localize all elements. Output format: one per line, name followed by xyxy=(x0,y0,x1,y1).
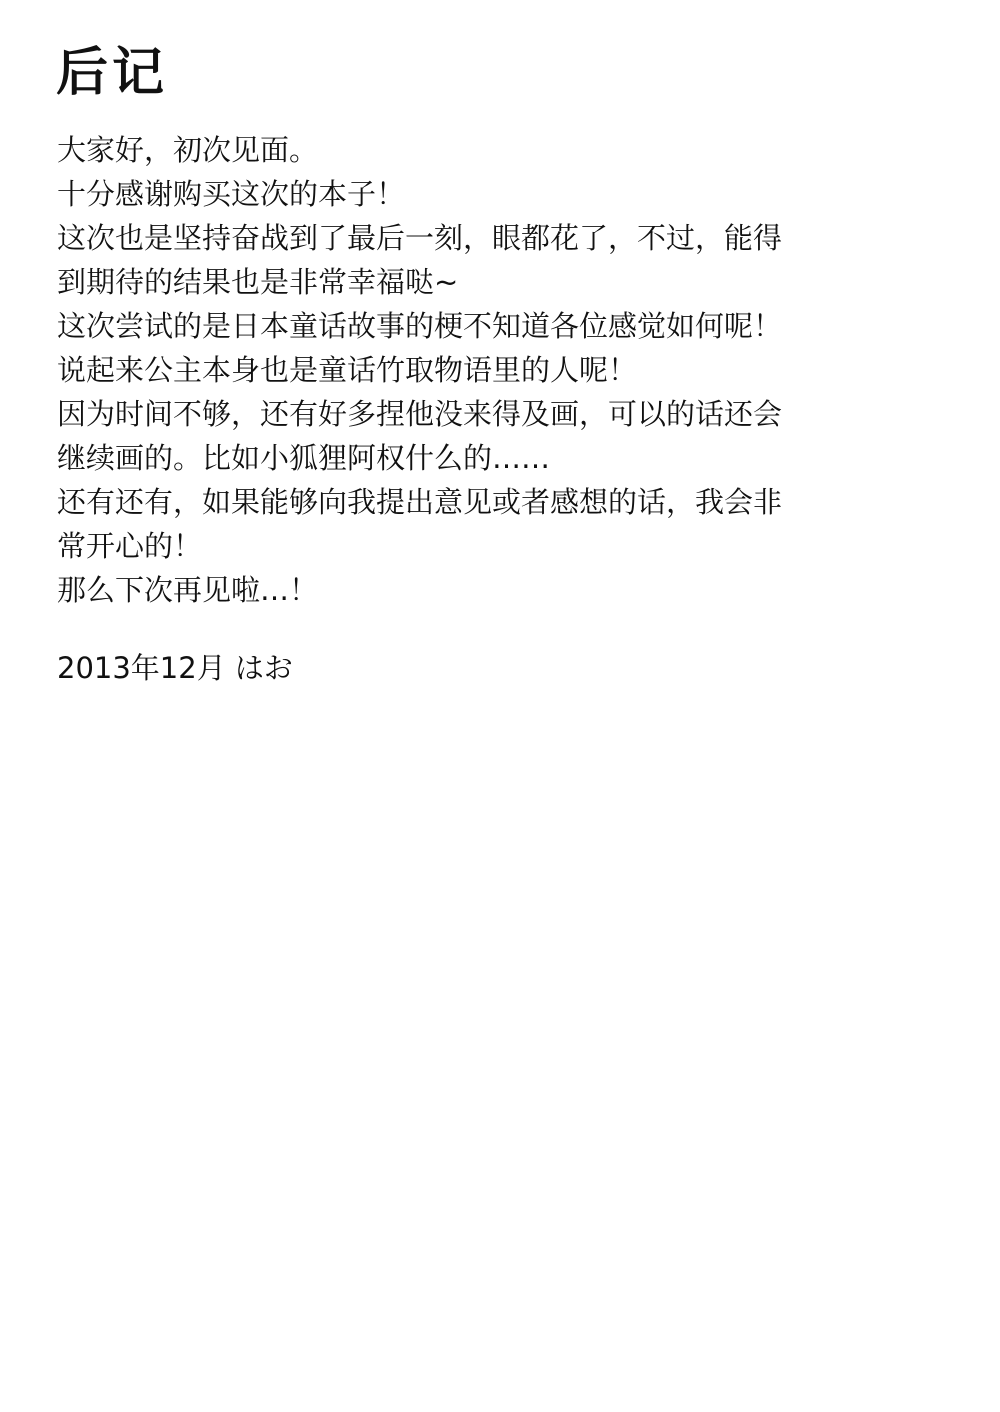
afterword-page: 后记 大家好，初次见面。 十分感谢购买这次的本子！ 这次也是坚持奋战到了最后一刻… xyxy=(0,0,1000,1412)
signature-date-author: 2013年12月 はお xyxy=(57,646,293,690)
afterword-line: 继续画的。比如小狐狸阿权什么的…… xyxy=(57,436,757,480)
afterword-line: 这次尝试的是日本童话故事的梗不知道各位感觉如何呢！ xyxy=(57,304,757,348)
afterword-line: 还有还有，如果能够向我提出意见或者感想的话，我会非 xyxy=(57,480,757,524)
afterword-body: 大家好，初次见面。 十分感谢购买这次的本子！ 这次也是坚持奋战到了最后一刻，眼都… xyxy=(57,128,757,612)
afterword-line: 大家好，初次见面。 xyxy=(57,128,757,172)
afterword-line: 这次也是坚持奋战到了最后一刻，眼都花了，不过，能得 xyxy=(57,216,757,260)
afterword-line: 十分感谢购买这次的本子！ xyxy=(57,172,757,216)
afterword-line: 到期待的结果也是非常幸福哒~ xyxy=(57,260,757,304)
page-title: 后记 xyxy=(56,42,168,104)
afterword-line: 因为时间不够，还有好多捏他没来得及画，可以的话还会 xyxy=(57,392,757,436)
afterword-line: 那么下次再见啦…！ xyxy=(57,568,757,612)
afterword-line: 常开心的！ xyxy=(57,524,757,568)
afterword-line: 说起来公主本身也是童话竹取物语里的人呢！ xyxy=(57,348,757,392)
